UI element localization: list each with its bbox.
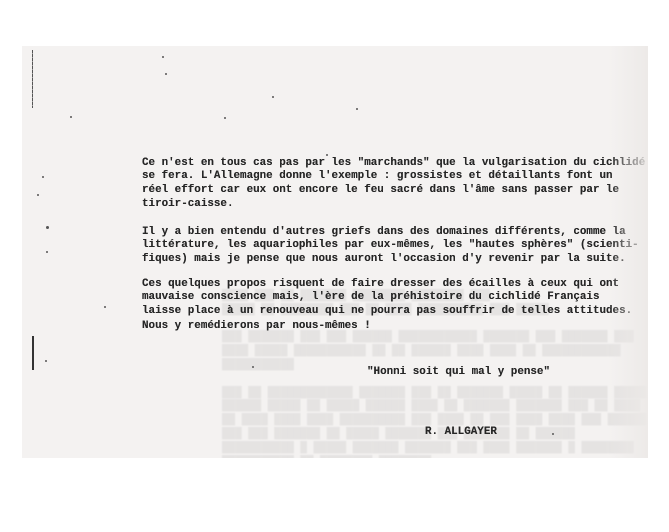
speck	[46, 226, 49, 229]
speck	[70, 116, 72, 118]
speck	[162, 56, 164, 58]
text-line: Ces quelques propos risquent de faire dr…	[142, 278, 619, 290]
text-line: Nous y remédierons par nous-mêmes !	[142, 320, 371, 332]
binding-mark	[32, 336, 34, 370]
speck	[272, 96, 274, 98]
paragraph-4: Nous y remédierons par nous-mêmes !	[142, 320, 371, 334]
letter-body: Nous y remédierons par nous-mêmes !	[142, 292, 371, 361]
speck	[104, 306, 106, 308]
speck	[42, 176, 44, 178]
speck	[165, 73, 167, 75]
text-line: réel effort car eux ont encore le feu sa…	[142, 184, 619, 196]
speck	[46, 251, 48, 253]
speck	[37, 194, 39, 196]
closing-quote: "Honni soit qui mal y pense"	[367, 366, 550, 380]
scanned-page: ████ ███ ██ ███████ ████████ ████████ ██…	[22, 46, 648, 458]
binding-mark	[32, 50, 33, 108]
text-line: Il y a bien entendu d'autres griefs dans…	[142, 226, 626, 238]
signature: R. ALLGAYER	[425, 426, 497, 440]
speck	[224, 117, 226, 119]
text-line: Ce n'est en tous cas pas par les "marcha…	[142, 157, 645, 169]
speck	[45, 360, 47, 362]
speck	[356, 108, 358, 110]
text-line: se fera. L'Allemagne donne l'exemple : g…	[142, 170, 613, 182]
